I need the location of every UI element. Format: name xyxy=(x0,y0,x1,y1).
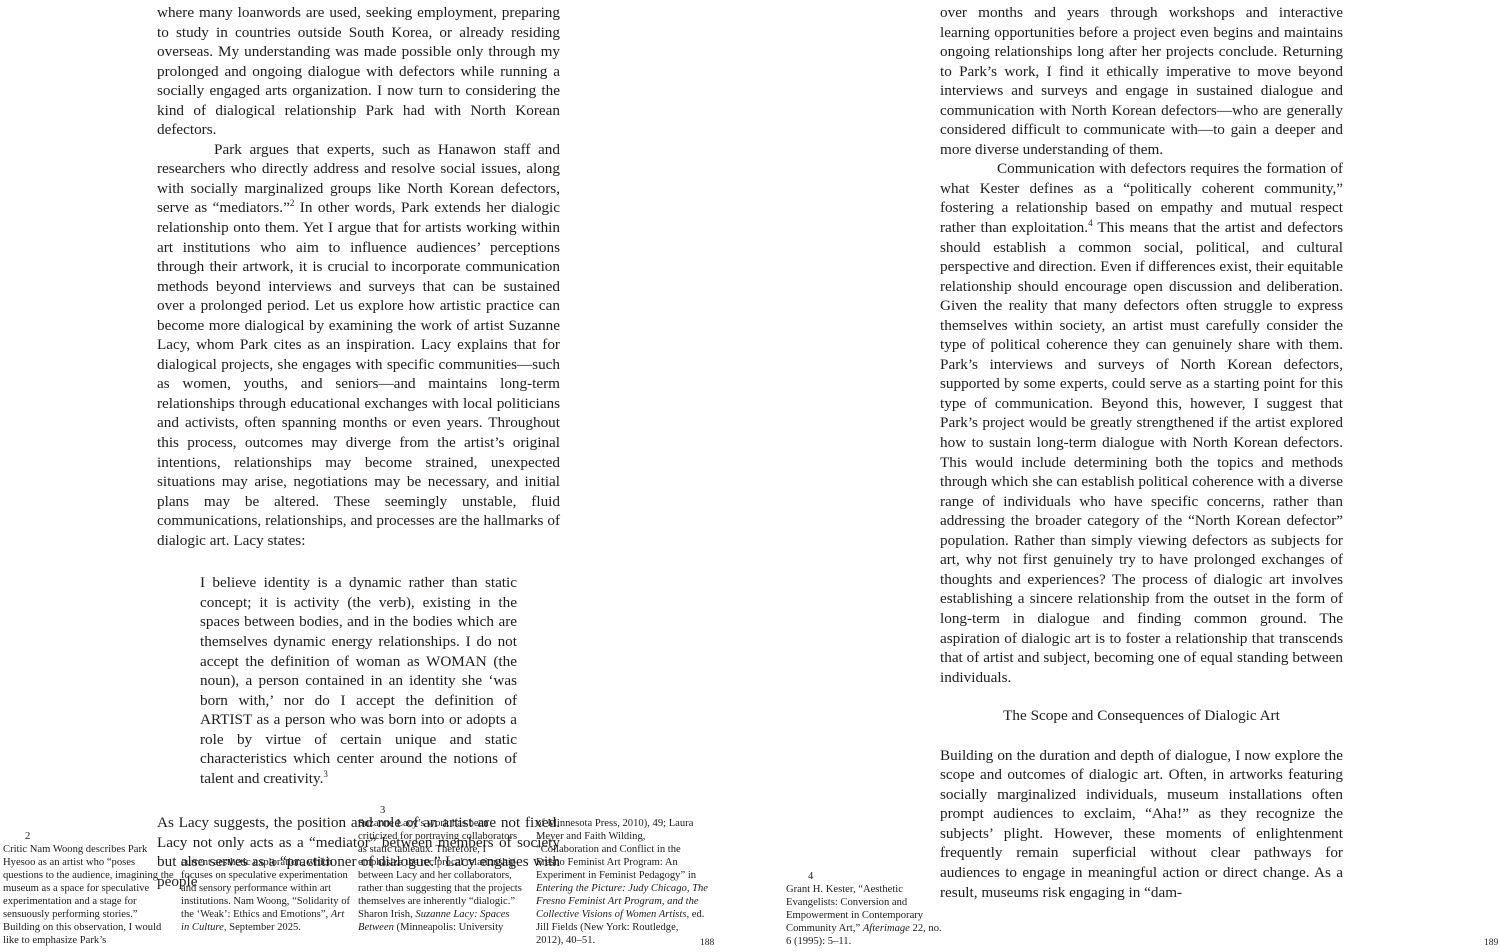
right-page: over months and years through workshops … xyxy=(750,0,1500,952)
footnote-text: Suzanne Lacy’s work has been criticized … xyxy=(358,818,526,935)
right-page-body: over months and years through workshops … xyxy=(940,3,1343,902)
footnote-text: Critic Nam Woong describes Park Hyesoo a… xyxy=(3,844,175,948)
footnote-text-part: current aesthetic exploration, which foc… xyxy=(181,857,350,920)
section-heading: The Scope and Consequences of Dialogic A… xyxy=(940,706,1343,726)
left-page: where many loanwords are used, seeking e… xyxy=(0,0,750,952)
footnote-text-part: of Minnesota Press, 2010), 49; Laura Mey… xyxy=(536,818,696,881)
footnote-text-part: , September 2025. xyxy=(224,922,301,933)
footnote-2: 2 Critic Nam Woong describes Park Hyesoo… xyxy=(3,831,175,948)
footnote-title: Afterimage xyxy=(863,923,910,934)
paragraph-text: This means that the artist and defectors… xyxy=(940,219,1343,686)
paragraph: Communication with defectors requires th… xyxy=(940,159,1343,687)
footnote-ref-2[interactable]: 2 xyxy=(290,198,295,208)
page-number: 188 xyxy=(700,938,714,948)
footnote-2-continued: current aesthetic exploration, which foc… xyxy=(181,857,353,935)
paragraph: Park argues that experts, such as Hanawo… xyxy=(157,140,560,550)
footnote-text-part: Suzanne Lacy’s work has been criticized … xyxy=(358,818,522,920)
footnote-text: current aesthetic exploration, which foc… xyxy=(181,857,353,935)
paragraph: over months and years through workshops … xyxy=(940,3,1343,159)
footnote-text: of Minnesota Press, 2010), 49; Laura Mey… xyxy=(536,818,708,948)
paragraph: Building on the duration and depth of di… xyxy=(940,746,1343,902)
paragraph: where many loanwords are used, seeking e… xyxy=(157,3,560,140)
footnote-number: 4 xyxy=(786,871,946,884)
footnote-ref-4[interactable]: 4 xyxy=(1088,218,1093,228)
footnote-text: Grant H. Kester, “Aesthetic Evangelists:… xyxy=(786,884,946,949)
page-number: 189 xyxy=(1484,938,1498,948)
footnote-4: 4 Grant H. Kester, “Aesthetic Evangelist… xyxy=(786,871,946,949)
footnote-number: 3 xyxy=(358,805,526,818)
block-quote-text: I believe identity is a dynamic rather t… xyxy=(200,574,517,786)
footnote-ref-3[interactable]: 3 xyxy=(323,769,328,779)
footnote-text-part: (Minneapolis: University xyxy=(394,922,503,933)
footnote-number: 2 xyxy=(3,831,175,844)
paragraph-text: In other words, Park extends her dialogi… xyxy=(157,199,560,548)
block-quote: I believe identity is a dynamic rather t… xyxy=(200,573,517,788)
footnote-3-continued: of Minnesota Press, 2010), 49; Laura Mey… xyxy=(536,818,708,948)
footnote-3: 3 Suzanne Lacy’s work has been criticize… xyxy=(358,805,526,935)
footnote-title: Entering the Picture: Judy Chicago, The … xyxy=(536,883,708,920)
left-page-body: where many loanwords are used, seeking e… xyxy=(157,3,560,892)
